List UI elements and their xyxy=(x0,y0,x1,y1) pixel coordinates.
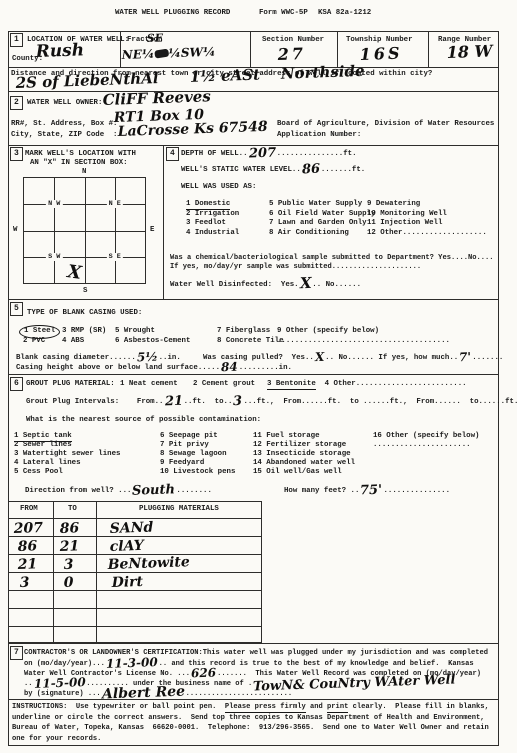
direction-from-well-line: Direction from well? ...South........ xyxy=(25,487,212,496)
used-as-cell: 1 Domestic xyxy=(186,200,269,209)
contamination-row: 3 Watertight sewer lines8 Sewage lagoon1… xyxy=(14,450,373,459)
disinfected-yes-x-mark: X xyxy=(300,281,312,286)
completed-on-label: on (mo/day/year)... xyxy=(24,660,105,668)
grout-interval-from-value: 21 xyxy=(164,399,182,405)
grout-material-label: GROUT PLUG MATERIAL: xyxy=(26,380,120,389)
grout-intervals-mid: ..ft. to.. xyxy=(184,398,233,406)
static-level-dots: .......ft. xyxy=(321,166,365,174)
certification-line5: by (signature) ...Albert Ree............… xyxy=(24,690,292,699)
contam-abandoned: 14 Abandoned water well xyxy=(253,459,373,468)
compass-s-label: S xyxy=(83,287,87,296)
casing-pulled-no: .. No...... If yes, how much.. xyxy=(325,354,458,362)
chemical-sample-question: Was a chemical/bacteriological sample su… xyxy=(170,254,494,263)
casing-height-line: Casing height above or below land surfac… xyxy=(16,364,292,373)
used-as-monitoring: 10 Monitoring Well xyxy=(367,210,447,218)
grid-line xyxy=(24,231,145,232)
casing-diameter-value: 5½ xyxy=(137,355,158,361)
grout-intervals-line: Grout Plug Intervals: From..21..ft. to..… xyxy=(26,398,517,407)
disinfected-line: Water Well Disinfected: Yes.X.. No...... xyxy=(170,281,361,290)
section-6-number: 6 xyxy=(10,377,23,391)
contam-feedyard: 9 Feedyard xyxy=(160,459,253,468)
contam-seepage: 6 Seepage pit xyxy=(160,432,253,441)
table-row-line xyxy=(8,626,262,627)
contam-sewer: 2 Sewer lines xyxy=(14,441,160,450)
contam-pitprivy: 7 Pit privy xyxy=(160,441,253,450)
table-cell-material: Dirt xyxy=(111,574,143,591)
divider xyxy=(250,31,251,67)
used-as-dewatering: 9 Dewatering xyxy=(367,200,420,208)
table-cell-from: 86 xyxy=(17,538,37,555)
instructions-and: and xyxy=(306,703,327,711)
grout-bentonite-underlined: 3 Bentonite xyxy=(267,380,316,390)
owner-label: WATER WELL OWNER: xyxy=(27,99,102,108)
used-as-lawn: 7 Lawn and Garden Only xyxy=(269,219,367,228)
instructions-line1-rest: clearly. Please fill in blanks, xyxy=(348,703,488,711)
grout-cement-grout: 2 Cement grout xyxy=(193,380,267,389)
range-number-value: 18 W xyxy=(446,41,492,62)
table-row-line xyxy=(8,554,262,555)
instructions-start: INSTRUCTIONS: Use typewriter or ball poi… xyxy=(12,703,225,711)
fraction-part-a: NE¼ xyxy=(122,47,155,62)
table-cell-material: BeNtowite xyxy=(107,554,190,573)
how-many-feet-line: How many feet? ..75'............... xyxy=(284,487,450,496)
chemical-sample-date-line: If yes, mo/day/yr sample was submitted..… xyxy=(170,263,421,272)
feet-dots: ............... xyxy=(383,487,450,495)
grout-neat-cement: 1 Neat cement xyxy=(120,380,193,389)
table-cell-from: 207 xyxy=(13,520,43,537)
contam-other-dots: ...................... xyxy=(373,441,471,449)
section-number-value: 27 xyxy=(277,44,306,64)
signature-value: Albert Ree xyxy=(102,690,185,698)
contam-livestock: 10 Livestock pens xyxy=(160,468,253,477)
grid-sw-label: S W xyxy=(46,253,62,261)
application-number-label: Application Number: xyxy=(277,131,361,140)
table-cell-to: 21 xyxy=(59,538,79,555)
contam-cesspool: 5 Cess Pool xyxy=(14,468,160,477)
contamination-question: What is the nearest source of possible c… xyxy=(26,416,261,425)
section-3-title-line1: MARK WELL'S LOCATION WITH xyxy=(25,150,136,159)
direction-value: South xyxy=(132,487,175,493)
table-row-line xyxy=(8,608,262,609)
grid-ne-label: N E xyxy=(107,200,123,208)
depth-value: 207 xyxy=(248,151,275,157)
record-date-dots: .. xyxy=(24,680,33,688)
grid-line xyxy=(24,204,145,205)
feet-value: 75' xyxy=(360,488,382,494)
casing-other-dots: ....................................... xyxy=(277,337,450,345)
casing-type-row: 1 Steel3 RMP (SR)5 Wrought7 Fiberglass9 … xyxy=(23,327,379,337)
contam-other: 16 Other (specify below) xyxy=(373,432,479,440)
instructions-press-firmly-underlined: Please press firmly xyxy=(225,703,306,713)
certification-line4: ..11-5-00.......... under the business n… xyxy=(24,680,457,689)
feet-label: How many feet? .. xyxy=(284,487,359,495)
used-as-irrigation: 2 Irrigation xyxy=(186,210,269,219)
contam-oilwell: 15 Oil well/Gas well xyxy=(253,468,373,477)
contam-insecticide: 13 Insecticide storage xyxy=(253,450,373,459)
casing-height-dots: .........in. xyxy=(239,364,292,372)
spacer xyxy=(316,380,325,388)
contam-watertight: 3 Watertight sewer lines xyxy=(14,450,160,459)
contam-fuel: 11 Fuel storage xyxy=(253,432,373,441)
used-as-industrial: 4 Industrial xyxy=(186,229,269,238)
static-level-value: 86 xyxy=(302,167,320,173)
static-water-level-line: WELL'S STATIC WATER LEVEL..86.......ft. xyxy=(181,166,365,175)
disinfected-no-dots: .. No...... xyxy=(312,281,361,289)
form-statute: KSA 82a-1212 xyxy=(318,9,371,18)
township-number-value: 16S xyxy=(359,44,402,64)
contam-lateral: 4 Lateral lines xyxy=(14,459,160,468)
grid-nw-label: N W xyxy=(46,200,62,208)
compass-e-label: E xyxy=(150,226,154,235)
instructions-line3: Bureau of Water, Topeka, Kansas 66620-00… xyxy=(12,724,489,733)
license-number-value: 626 xyxy=(191,671,216,677)
direction-label: Direction from well? ... xyxy=(25,487,131,495)
section-2-number: 2 xyxy=(10,96,23,110)
contam-lagoon: 8 Sewage lagoon xyxy=(160,450,253,459)
signature-dots: ......................... xyxy=(186,690,292,698)
used-as-airconditioning: 8 Air Conditioning xyxy=(269,229,367,238)
grid-se-label: S E xyxy=(107,253,123,261)
casing-diameter-line: Blank casing diameter......5½..in. Was c… xyxy=(16,354,503,363)
section-3-title-line2: AN "X" IN SECTION BOX: xyxy=(30,159,128,168)
table-row-line xyxy=(8,518,262,519)
table-header-from: FROM xyxy=(20,505,38,514)
divider xyxy=(8,91,499,92)
certification-line1: CONTRACTOR'S OR LANDOWNER'S CERTIFICATIO… xyxy=(24,649,488,658)
agency-text: Board of Agriculture, Division of Water … xyxy=(277,120,494,129)
table-cell-material: clAY xyxy=(109,538,144,555)
static-level-label: WELL'S STATIC WATER LEVEL.. xyxy=(181,166,301,174)
fraction-part-b: ¼SW¼ xyxy=(168,45,216,61)
contamination-row: 4 Lateral lines9 Feedyard14 Abandoned wa… xyxy=(14,459,373,468)
contamination-row: 2 Sewer lines7 Pit privy12 Fertilizer st… xyxy=(14,441,471,450)
certification-line2: on (mo/day/year)...11-3-00.. and this re… xyxy=(24,660,474,669)
form-number: Form WWC-5P xyxy=(259,9,308,18)
depth-of-well-line: DEPTH OF WELL..207...............ft. xyxy=(181,150,357,159)
instructions-line4: one for your records. xyxy=(12,735,101,744)
contamination-row: 1 Septic tank6 Seepage pit11 Fuel storag… xyxy=(14,432,479,441)
casing-abs: 4 ABS xyxy=(62,337,115,346)
casing-concrete: 8 Concrete Tile xyxy=(217,337,277,346)
water-well-plugging-record-form: WATER WELL PLUGGING RECORD Form WWC-5P K… xyxy=(0,0,517,753)
casing-diameter-label: Blank casing diameter...... xyxy=(16,354,136,362)
casing-type-row: 2 PVC4 ABS6 Asbestos-Cement8 Concrete Ti… xyxy=(23,337,450,346)
section-location-grid: N W N E S W S E xyxy=(23,177,146,284)
table-cell-to: 0 xyxy=(63,575,73,591)
depth-dots: ...............ft. xyxy=(277,150,357,158)
grout-other: 4 Other......................... xyxy=(325,380,467,388)
divider xyxy=(8,299,499,300)
table-cell-from: 21 xyxy=(17,556,37,573)
used-as-row: 4 Industrial8 Air Conditioning12 Other..… xyxy=(186,229,487,238)
casing-other: 9 Other (specify below) xyxy=(277,327,379,335)
used-as-oilfield: 6 Oil Field Water Supply xyxy=(269,210,367,219)
divider xyxy=(337,31,338,67)
compass-n-label: N xyxy=(82,168,86,177)
grout-interval-to-value: 3 xyxy=(233,399,242,404)
section-5-title: TYPE OF BLANK CASING USED: xyxy=(27,309,142,318)
used-as-injection: 11 Injection Well xyxy=(367,219,442,227)
casing-pvc: 2 PVC xyxy=(23,337,62,346)
fraction-above-value: SE xyxy=(147,31,164,45)
casing-asbestos: 6 Asbestos-Cement xyxy=(115,337,217,346)
plugged-date-value: 11-3-00 xyxy=(106,660,158,667)
casing-rmp: 3 RMP (SR) xyxy=(62,327,115,336)
used-as-other: 12 Other................... xyxy=(367,229,487,237)
table-header-materials: PLUGGING MATERIALS xyxy=(139,505,219,514)
divider xyxy=(8,374,499,375)
used-as-domestic: 1 Domestic xyxy=(186,200,230,210)
table-cell-from: 3 xyxy=(19,575,29,591)
disinfected-label: Water Well Disinfected: Yes. xyxy=(170,281,299,289)
grout-material-row: GROUT PLUG MATERIAL:1 Neat cement2 Cemen… xyxy=(26,380,467,389)
section-3-number: 3 xyxy=(10,147,23,161)
divider xyxy=(428,31,429,67)
contamination-row: 5 Cess Pool10 Livestock pens15 Oil well/… xyxy=(14,468,373,477)
direction-dots: ........ xyxy=(176,487,211,495)
city-state-zip-label: City, State, ZIP Code : xyxy=(11,131,117,140)
used-as-public: 5 Public Water Supply xyxy=(269,200,367,209)
used-as-feedlot: 3 Feedlot xyxy=(186,219,269,228)
casing-height-value: 84 xyxy=(221,365,238,371)
casing-wrought: 5 Wrought xyxy=(115,327,217,336)
table-cell-material: SANd xyxy=(109,519,153,537)
well-used-as-title: WELL WAS USED AS: xyxy=(181,183,256,192)
instructions-line2: underline or circle the correct answers.… xyxy=(12,714,485,723)
divider xyxy=(163,145,164,299)
form-title: WATER WELL PLUGGING RECORD xyxy=(115,9,230,18)
section-7-number: 7 xyxy=(10,646,23,660)
casing-pulled-amount: 7' xyxy=(459,355,471,360)
county-value: Rush xyxy=(35,40,84,62)
used-as-row: 3 Feedlot7 Lawn and Garden Only11 Inject… xyxy=(186,219,442,228)
well-location-x-mark: X xyxy=(66,261,83,284)
contam-cell: 1 Septic tank xyxy=(14,432,160,441)
table-cell-to: 86 xyxy=(59,520,79,537)
used-as-row: 1 Domestic5 Public Water Supply9 Dewater… xyxy=(186,200,420,209)
casing-pulled-dots: ....... xyxy=(472,354,503,362)
table-row-line xyxy=(8,536,262,537)
section-5-number: 5 xyxy=(10,302,23,316)
contam-fertilizer: 12 Fertilizer storage xyxy=(253,441,373,450)
section-4-number: 4 xyxy=(166,147,179,161)
section-1-number: 1 xyxy=(10,33,23,47)
grout-intervals-rest: ...ft., From......ft. to ......ft., From… xyxy=(243,398,517,406)
record-date-value: 11-5-00 xyxy=(33,680,85,687)
divider xyxy=(8,699,499,700)
owner-value: CliFF Reeves xyxy=(102,87,211,109)
divider xyxy=(8,643,499,644)
casing-fiberglass: 7 Fiberglass xyxy=(217,327,277,336)
casing-pulled-x-mark: X xyxy=(315,355,324,360)
table-header-to: TO xyxy=(68,505,77,514)
instructions-print-underlined: print xyxy=(327,703,348,713)
business-name-value: TowN& CouNtry WAter Well xyxy=(253,677,456,689)
instructions-line1: INSTRUCTIONS: Use typewriter or ball poi… xyxy=(12,703,489,712)
address-label: RR#, St. Address, Box #: xyxy=(11,120,117,129)
used-as-row: 2 Irrigation6 Oil Field Water Supply10 M… xyxy=(186,210,447,219)
compass-w-label: W xyxy=(13,226,17,235)
depth-label: DEPTH OF WELL.. xyxy=(181,150,248,158)
casing-height-label: Casing height above or below land surfac… xyxy=(16,364,220,372)
table-cell-to: 3 xyxy=(63,557,73,573)
scribble-mark xyxy=(154,49,169,59)
grid-line xyxy=(24,257,145,258)
casing-cell: 1 Steel xyxy=(23,327,62,337)
signature-label: by (signature) ... xyxy=(24,690,101,698)
grout-intervals-label: Grout Plug Intervals: From.. xyxy=(26,398,164,406)
table-row-line xyxy=(8,572,262,573)
